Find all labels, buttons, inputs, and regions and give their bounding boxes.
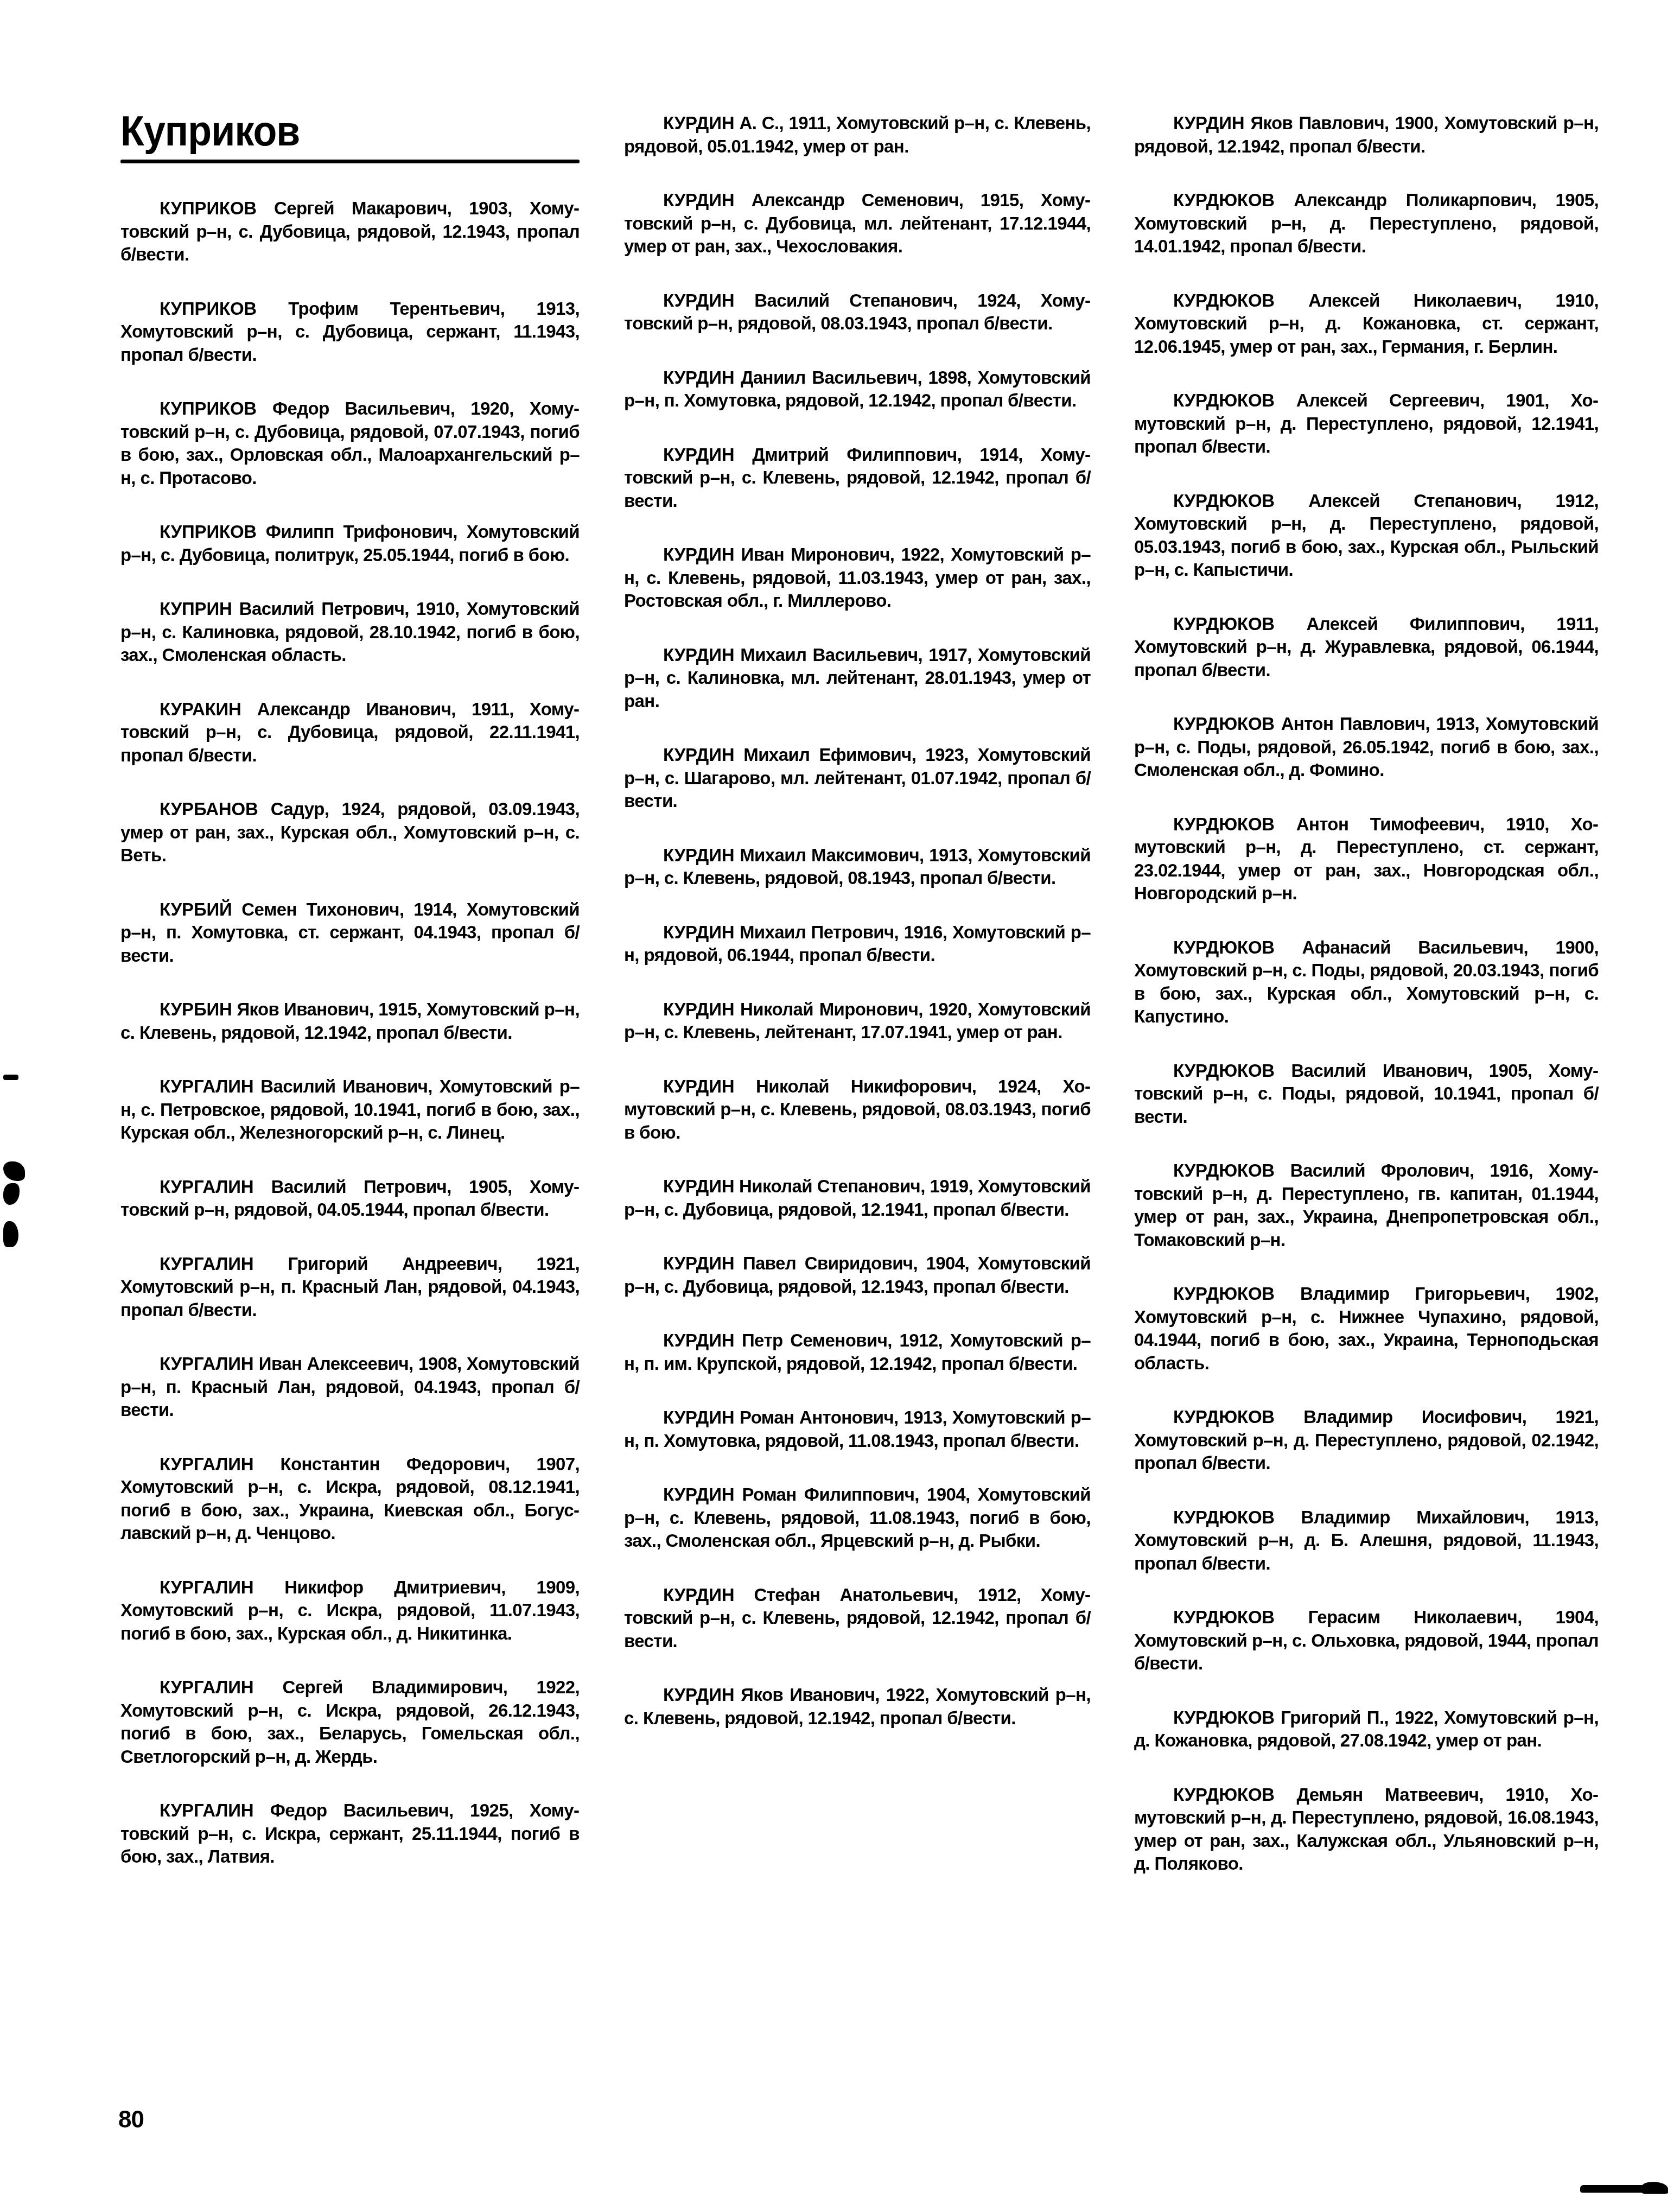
scan-artifact xyxy=(3,1183,20,1205)
list-item: КУРДИН Михаил Ефимович, 1923, Хомутов­ск… xyxy=(624,744,1091,813)
entry-surname: КУРБАНОВ xyxy=(160,799,258,819)
entry-surname: КУРДЮКОВ xyxy=(1173,290,1275,310)
entry-surname: КУРДЮКОВ xyxy=(1173,814,1275,834)
entry-list: КУРДИН А. С., 1911, Хомутовский р–н, с. … xyxy=(624,112,1091,1730)
list-item: КУРГАЛИН Василий Петрович, 1905, Хому­то… xyxy=(120,1176,580,1222)
entry-surname: КУРДИН xyxy=(663,113,734,133)
list-item: КУРДИН А. С., 1911, Хомутовский р–н, с. … xyxy=(624,112,1091,158)
list-item: КУРДЮКОВ Владимир Иосифович, 1921, Хомут… xyxy=(1134,1406,1599,1475)
entry-surname: КУРДИН xyxy=(663,1585,734,1605)
entry-surname: КУРАКИН xyxy=(160,699,241,719)
entry-surname: КУРДЮКОВ xyxy=(1173,1507,1275,1527)
list-item: КУПРИН Василий Петрович, 1910, Хомутов­с… xyxy=(120,598,580,667)
list-item: КУРДЮКОВ Герасим Николаевич, 1904, Хомут… xyxy=(1134,1606,1599,1675)
entry-list: КУПРИКОВ Сергей Макарович, 1903, Хому­то… xyxy=(120,197,580,1869)
list-item: КУРГАЛИН Никифор Дмитриевич, 1909, Хомут… xyxy=(120,1576,580,1646)
entry-surname: КУРДЮКОВ xyxy=(1173,1060,1275,1081)
list-item: КУРДЮКОВ Антон Тимофеевич, 1910, Хо­муто… xyxy=(1134,813,1599,905)
list-item: КУРДИН Павел Свиридович, 1904, Хомутов­с… xyxy=(624,1252,1091,1298)
list-item: КУРГАЛИН Федор Васильевич, 1925, Хому­то… xyxy=(120,1799,580,1869)
list-item: КУРДИН Василий Степанович, 1924, Хому­то… xyxy=(624,289,1091,335)
list-item: КУПРИКОВ Сергей Макарович, 1903, Хому­то… xyxy=(120,197,580,266)
entry-surname: КУРДЮКОВ xyxy=(1173,1784,1275,1805)
list-item: КУРДИН Иван Миронович, 1922, Хомутов­ски… xyxy=(624,543,1091,613)
entry-surname: КУПРИКОВ xyxy=(160,299,257,319)
list-item: КУРДИН Николай Никифорович, 1924, Хо­мут… xyxy=(624,1075,1091,1145)
entry-surname: КУРДИН xyxy=(663,444,734,465)
scan-artifact xyxy=(3,1221,18,1247)
list-item: КУРДИН Михаил Максимович, 1913, Хому­тов… xyxy=(624,844,1091,890)
entry-surname: КУРДИН xyxy=(663,645,734,665)
entry-surname: КУРГАЛИН xyxy=(160,1354,253,1374)
entry-surname: КУРДИН xyxy=(663,1330,734,1350)
scan-artifact xyxy=(3,1075,18,1080)
entry-surname: КУРДИН xyxy=(1173,113,1244,133)
list-item: КУПРИКОВ Трофим Терентьевич, 1913, Хомут… xyxy=(120,297,580,367)
entry-surname: КУРБИН xyxy=(160,999,232,1019)
list-item: КУРДИН Яков Иванович, 1922, Хомутовский … xyxy=(624,1684,1091,1730)
entry-surname: КУРДИН xyxy=(663,999,734,1019)
list-item: КУРДЮКОВ Василий Фролович, 1916, Хому­то… xyxy=(1134,1159,1599,1252)
list-item: КУРБИЙ Семен Тихонович, 1914, Хомутов­ск… xyxy=(120,898,580,968)
entry-surname: КУРГАЛИН xyxy=(160,1177,253,1197)
list-item: КУРДИН Стефан Анатольевич, 1912, Хому­то… xyxy=(624,1584,1091,1653)
list-item: КУРДЮКОВ Алексей Николаевич, 1910, Хомут… xyxy=(1134,289,1599,359)
list-item: КУРГАЛИН Василий Иванович, Хомутовский р… xyxy=(120,1075,580,1145)
list-item: КУРДЮКОВ Василий Иванович, 1905, Хому­то… xyxy=(1134,1059,1599,1129)
document-page: Куприков КУПРИКОВ Сергей Макарович, 1903… xyxy=(0,0,1680,2210)
column-1: Куприков КУПРИКОВ Сергей Макарович, 1903… xyxy=(120,106,580,1900)
entry-surname: КУРДЮКОВ xyxy=(1173,190,1275,210)
section-heading: Куприков xyxy=(120,106,543,155)
list-item: КУРГАЛИН Григорий Андреевич, 1921, Хомут… xyxy=(120,1253,580,1322)
list-item: КУРДИН Даниил Васильевич, 1898, Хому­тов… xyxy=(624,366,1091,412)
entry-surname: КУРДИН xyxy=(663,845,734,865)
entry-surname: КУРДЮКОВ xyxy=(1173,937,1275,957)
entry-surname: КУРБИЙ xyxy=(160,899,232,919)
entry-surname: КУРГАЛИН xyxy=(160,1677,253,1697)
list-item: КУРДЮКОВ Алексей Степанович, 1912, Хомут… xyxy=(1134,490,1599,582)
entry-surname: КУРДИН xyxy=(663,1484,734,1504)
entry-surname: КУРДЮКОВ xyxy=(1173,1407,1275,1427)
list-item: КУРДИН Михаил Петрович, 1916, Хомутов­ск… xyxy=(624,921,1091,967)
entry-surname: КУПРИКОВ xyxy=(160,522,257,542)
list-item: КУРДИН Михаил Васильевич, 1917, Хому­тов… xyxy=(624,644,1091,713)
entry-surname: КУРДИН xyxy=(663,745,734,765)
list-item: КУРДЮКОВ Владимир Михайлович, 1913, Хому… xyxy=(1134,1506,1599,1576)
list-item: КУРДИН Петр Семенович, 1912, Хомутов­ски… xyxy=(624,1329,1091,1375)
list-item: КУПРИКОВ Филипп Трифонович, Хомутовс­кий… xyxy=(120,520,580,567)
column-2: КУРДИН А. С., 1911, Хомутовский р–н, с. … xyxy=(624,112,1091,1761)
entry-surname: КУРГАЛИН xyxy=(160,1076,253,1096)
entry-surname: КУРДИН xyxy=(663,367,734,388)
list-item: КУРДИН Николай Миронович, 1920, Хому­тов… xyxy=(624,998,1091,1044)
entry-surname: КУРГАЛИН xyxy=(160,1454,253,1474)
list-item: КУПРИКОВ Федор Васильевич, 1920, Хому­то… xyxy=(120,397,580,490)
entry-surname: КУРДИН xyxy=(663,290,734,310)
entry-surname: КУРДИН xyxy=(663,1253,734,1273)
entry-surname: КУРДИН xyxy=(663,190,734,210)
column-3: КУРДИН Яков Павлович, 1900, Хомутовский … xyxy=(1134,112,1599,1907)
list-item: КУРДЮКОВ Александр Поликарпович, 1905, Х… xyxy=(1134,189,1599,258)
list-item: КУРДИН Николай Степанович, 1919, Хому­то… xyxy=(624,1175,1091,1221)
heading-rule xyxy=(120,160,580,163)
list-item: КУРДЮКОВ Афанасий Васильевич, 1900, Хому… xyxy=(1134,936,1599,1028)
entry-surname: КУРДИН xyxy=(663,1685,734,1705)
entry-surname: КУРДЮКОВ xyxy=(1173,1707,1275,1728)
entry-surname: КУРДЮКОВ xyxy=(1173,1160,1275,1180)
entry-surname: КУРДИН xyxy=(663,544,734,564)
entry-surname: КУРДИН xyxy=(663,922,734,942)
entry-surname: КУРДЮКОВ xyxy=(1173,614,1275,634)
entry-surname: КУРДЮКОВ xyxy=(1173,491,1275,511)
list-item: КУРБАНОВ Садур, 1924, рядовой, 03.09.194… xyxy=(120,798,580,867)
entry-list: КУРДИН Яков Павлович, 1900, Хомутовский … xyxy=(1134,112,1599,1876)
entry-surname: КУРДЮКОВ xyxy=(1173,714,1275,734)
entry-surname: КУРГАЛИН xyxy=(160,1800,253,1820)
list-item: КУРДЮКОВ Алексей Филиппович, 1911, Хомут… xyxy=(1134,613,1599,682)
list-item: КУРДЮКОВ Алексей Сергеевич, 1901, Хо­мут… xyxy=(1134,389,1599,459)
entry-surname: КУРДИН xyxy=(663,1407,734,1427)
entry-surname: КУРДЮКОВ xyxy=(1173,1607,1275,1627)
entry-surname: КУРГАЛИН xyxy=(160,1577,253,1597)
list-item: КУРАКИН Александр Иванович, 1911, Хому­т… xyxy=(120,698,580,767)
scan-artifact xyxy=(3,1161,25,1181)
entry-surname: КУРДИН xyxy=(663,1176,734,1196)
list-item: КУРДЮКОВ Григорий П., 1922, Хомутовский … xyxy=(1134,1706,1599,1752)
entry-surname: КУРГАЛИН xyxy=(160,1254,253,1274)
list-item: КУРГАЛИН Иван Алексеевич, 1908, Хому­тов… xyxy=(120,1352,580,1422)
list-item: КУРДИН Роман Филиппович, 1904, Хому­товс… xyxy=(624,1483,1091,1553)
list-item: КУРДИН Дмитрий Филиппович, 1914, Хому­то… xyxy=(624,443,1091,513)
list-item: КУРДЮКОВ Демьян Матвеевич, 1910, Хо­муто… xyxy=(1134,1783,1599,1876)
entry-surname: КУПРИКОВ xyxy=(160,398,257,418)
list-item: КУРГАЛИН Сергей Владимирович, 1922, Хому… xyxy=(120,1676,580,1768)
entry-surname: КУРДЮКОВ xyxy=(1173,390,1275,410)
list-item: КУРДИН Александр Семенович, 1915, Хому­т… xyxy=(624,189,1091,258)
list-item: КУРДЮКОВ Антон Павлович, 1913, Хомутов­с… xyxy=(1134,713,1599,782)
list-item: КУРДЮКОВ Владимир Григорьевич, 1902, Хом… xyxy=(1134,1282,1599,1375)
entry-surname: КУРДИН xyxy=(663,1076,734,1096)
scan-artifact xyxy=(1642,2182,1668,2194)
entry-surname: КУПРИКОВ xyxy=(160,198,257,218)
list-item: КУРГАЛИН Константин Федорович, 1907, Хом… xyxy=(120,1453,580,1545)
entry-surname: КУПРИН xyxy=(160,599,232,619)
list-item: КУРДИН Яков Павлович, 1900, Хомутовский … xyxy=(1134,112,1599,158)
list-item: КУРБИН Яков Иванович, 1915, Хомутовский … xyxy=(120,998,580,1044)
page-number: 80 xyxy=(118,2107,144,2133)
list-item: КУРДИН Роман Антонович, 1913, Хомутов­ск… xyxy=(624,1406,1091,1452)
entry-surname: КУРДЮКОВ xyxy=(1173,1284,1275,1304)
